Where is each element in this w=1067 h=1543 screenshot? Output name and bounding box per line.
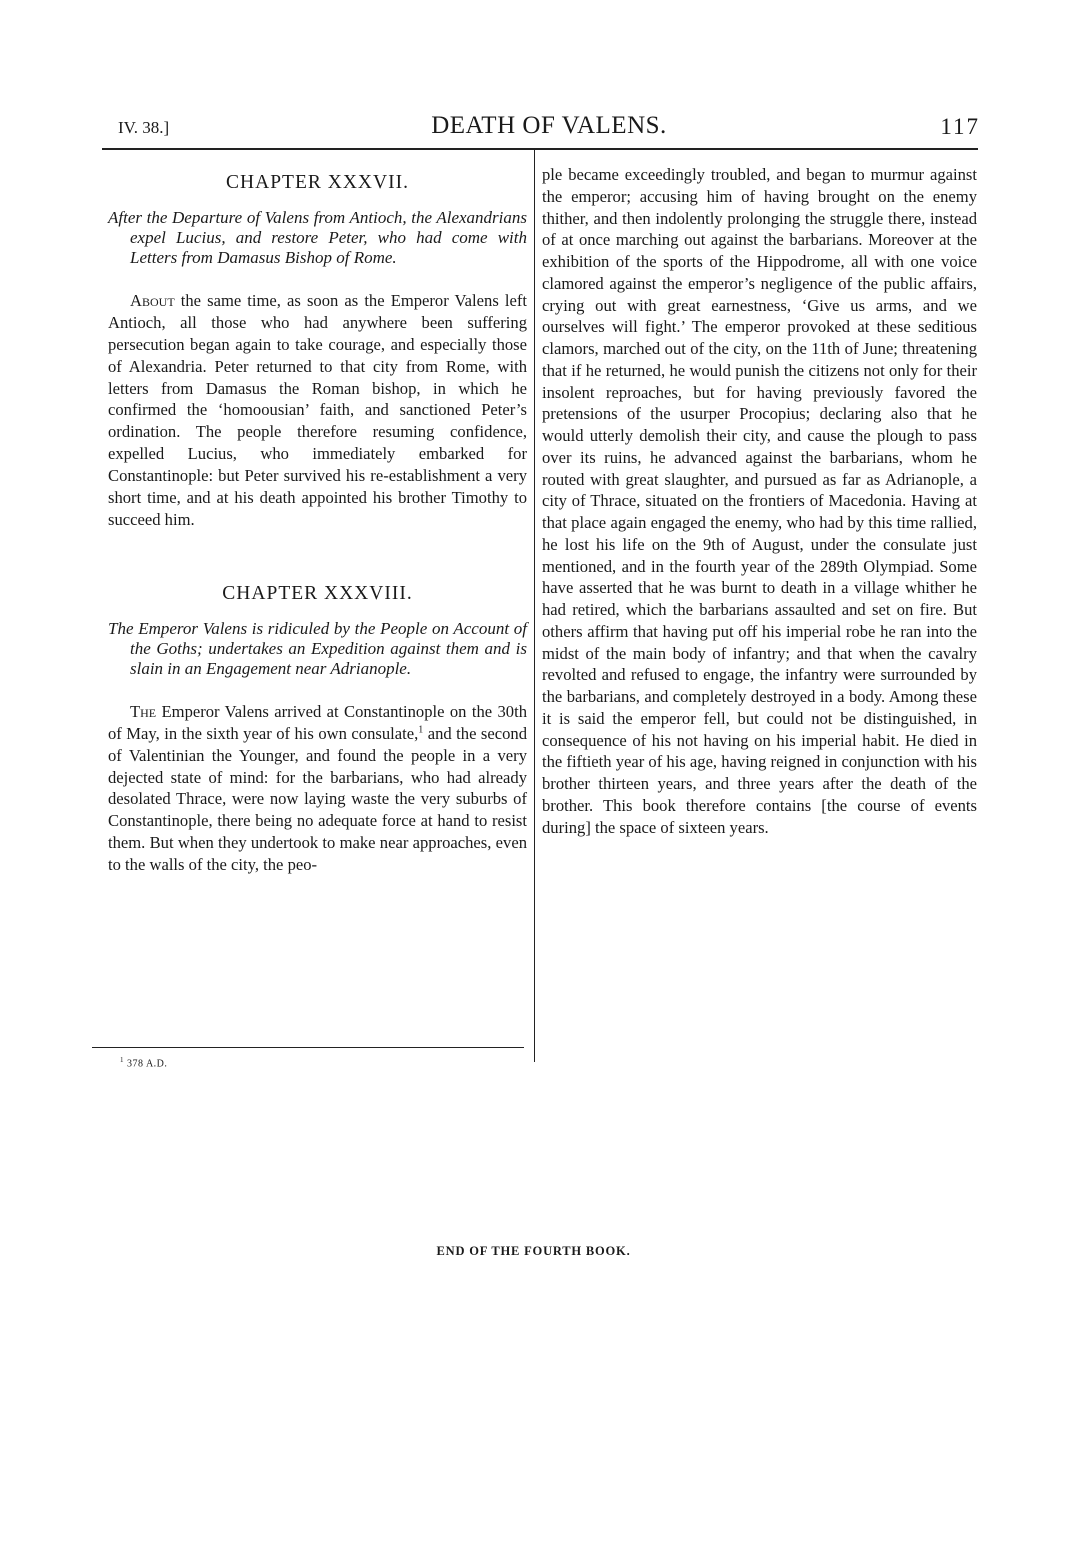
body-text-part2: and the second of Valentinian the Younge…	[108, 724, 527, 874]
right-column: ple became exceedingly troubled, and beg…	[542, 164, 977, 838]
lead-word: The	[130, 702, 156, 721]
chapter-37-body: About the same time, as soon as the Empe…	[108, 290, 527, 531]
footnote-marker: 1	[120, 1056, 124, 1064]
column-divider	[534, 150, 535, 1062]
page-number: 117	[940, 114, 980, 140]
chapter-38-heading: CHAPTER XXXVIII.	[108, 583, 527, 605]
chapter-38-summary: The Emperor Valens is ridiculed by the P…	[108, 619, 527, 679]
chapter-37-summary: After the Departure of Valens from Antio…	[108, 208, 527, 268]
footnote: 1 378 A.D.	[120, 1056, 167, 1069]
end-of-book-note: END OF THE FOURTH BOOK.	[0, 1244, 1067, 1259]
left-column: CHAPTER XXXVII. After the Departure of V…	[108, 162, 527, 876]
lead-word: About	[130, 291, 175, 310]
footnote-text: 378 A.D.	[127, 1058, 167, 1069]
footnote-rule	[92, 1047, 524, 1048]
running-head: IV. 38.] DEATH OF VALENS. 117	[118, 110, 980, 144]
chapter-37-heading: CHAPTER XXXVII.	[108, 172, 527, 194]
chapter-38-body: The Emperor Valens arrived at Constantin…	[108, 701, 527, 876]
chapter-spacer	[108, 531, 527, 573]
chapter-38-continuation: ple became exceedingly troubled, and beg…	[542, 164, 977, 838]
page-title: DEATH OF VALENS.	[118, 112, 980, 140]
header-rule	[102, 148, 978, 150]
body-text: the same time, as soon as the Emperor Va…	[108, 291, 527, 529]
